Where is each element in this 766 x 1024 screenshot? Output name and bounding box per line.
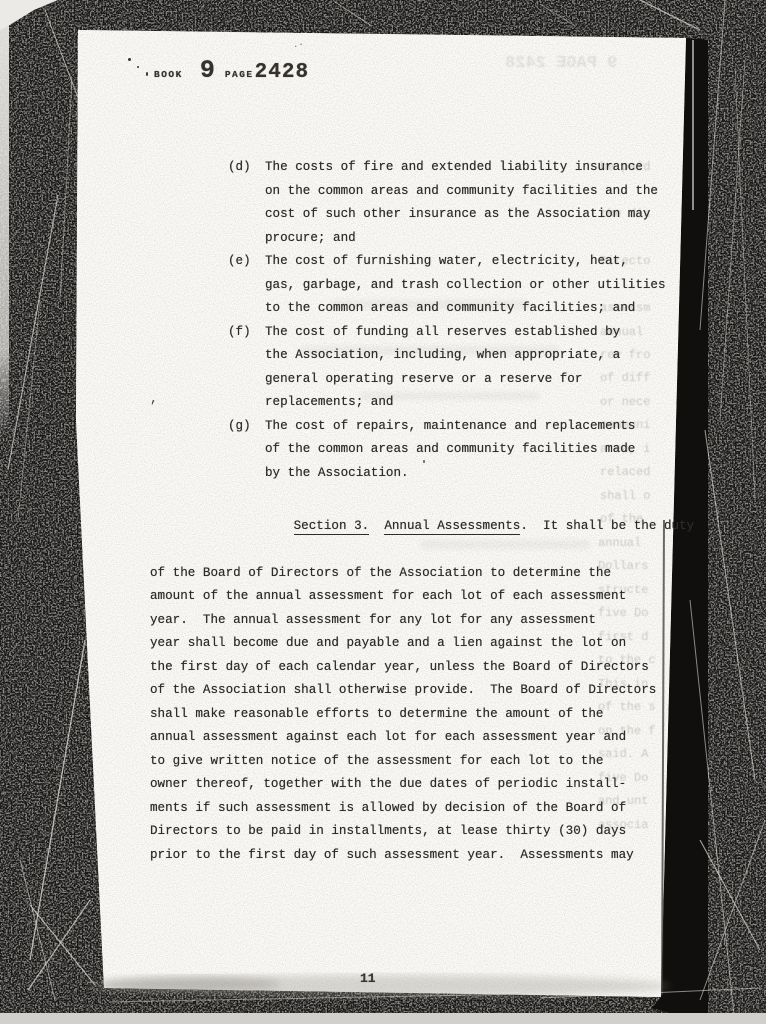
list-item-label: (d) [228,156,265,180]
list-line: the Association, including, when appropr… [150,344,670,368]
list-line-text: general operating reserve or a reserve f… [265,368,582,392]
list-item-label [228,368,265,392]
list-item-label [228,227,265,251]
page-label: PAGE [225,69,254,80]
list-line-text: The costs of fire and extended liability… [265,156,643,180]
list-line: cost of such other insurance as the Asso… [150,203,670,227]
list-item-label [228,344,265,368]
page-stamp-number: 2428 [255,61,309,84]
list-line-text: The cost of furnishing water, electricit… [265,250,628,274]
list-line: general operating reserve or a reserve f… [150,368,670,392]
list-line: procure; and [150,227,670,251]
section-heading-title: Annual Assessments [384,519,520,535]
paragraph-line: prior to the first day of such assessmen… [150,844,670,868]
list-line: to the common areas and community facili… [150,297,670,321]
list-line: gas, garbage, and trash collection or ot… [150,274,670,298]
list-line-text: by the Association. [265,462,409,486]
list-line-text: on the common areas and community facili… [265,180,658,204]
list-line-text: gas, garbage, and trash collection or ot… [265,274,666,298]
paragraph-lines: of the Board of Directors of the Associa… [150,562,670,868]
list-line-text: The cost of repairs, maintenance and rep… [265,415,635,439]
scanned-page: BOOK 9 PAGE 2428 9 PAGE 2428 .· , be pai… [0,0,766,1024]
list-line-text: procure; and [265,227,356,251]
book-label: BOOK [154,69,183,80]
section-heading: Section 3. [294,519,370,535]
stamp-bleed-ghost: 9 PAGE 2428 [505,54,617,73]
heading-gap [369,519,384,533]
list-item-label [228,203,265,227]
list-item-label: (g) [228,415,265,439]
list-item-label [228,462,265,486]
toner-speck [137,66,139,68]
list-line: (g) The cost of repairs, maintenance and… [150,415,670,439]
page-number: 11 [360,971,376,986]
paragraph-line: ments if such assessment is allowed by d… [150,797,670,821]
list-line: (d) The costs of fire and extended liabi… [150,156,670,180]
list-line: by the Association. [150,462,670,486]
stray-mark: .· [293,40,304,50]
paragraph-line: amount of the annual assessment for each… [150,585,670,609]
list-line-text: the Association, including, when appropr… [265,344,620,368]
paragraph-line: of the Association shall otherwise provi… [150,679,670,703]
paragraph-line: of the Board of Directors of the Associa… [150,562,670,586]
list-line: on the common areas and community facili… [150,180,670,204]
list-item-label [228,391,265,415]
list-line: of the common areas and community facili… [150,438,670,462]
paragraph-line: annual assessment against each lot for e… [150,726,670,750]
paragraph-line: year shall become due and payable and a … [150,632,670,656]
paragraph-line: Directors to be paid in installments, at… [150,820,670,844]
toner-speck [146,72,148,76]
list-line-text: of the common areas and community facili… [265,438,635,462]
paragraph-line: year. The annual assessment for any lot … [150,609,670,633]
paragraph-indent [226,519,294,533]
list-item-label [228,297,265,321]
list-line: (e) The cost of furnishing water, electr… [150,250,670,274]
book-number: 9 [200,56,215,85]
list-line-text: to the common areas and community facili… [265,297,635,321]
expense-list: (d) The costs of fire and extended liabi… [150,156,670,485]
list-line: (f) The cost of funding all reserves est… [150,321,670,345]
paragraph-line: owner thereof, together with the due dat… [150,773,670,797]
list-item-label: (f) [228,321,265,345]
toner-speck [128,58,131,61]
paragraph-line: to give written notice of the assessment… [150,750,670,774]
paragraph-line: shall make reasonable efforts to determi… [150,703,670,727]
section-3-paragraph: Section 3. Annual Assessments. It shall … [150,491,670,867]
list-line-text: cost of such other insurance as the Asso… [265,203,650,227]
body-text: (d) The costs of fire and extended liabi… [150,156,670,867]
book-page-stamp: BOOK 9 PAGE 2428 [154,56,309,85]
list-item-label [228,274,265,298]
paragraph-line: the first day of each calendar year, unl… [150,656,670,680]
heading-rest: . It shall be the duty [520,519,694,533]
list-line: replacements; and [150,391,670,415]
list-line-text: The cost of funding all reserves establi… [265,321,620,345]
section-heading-line: Section 3. Annual Assessments. It shall … [150,491,670,562]
page-content: BOOK 9 PAGE 2428 9 PAGE 2428 .· , be pai… [0,0,766,1024]
list-item-label [228,180,265,204]
list-line-text: replacements; and [265,391,393,415]
list-item-label: (e) [228,250,265,274]
list-item-label [228,438,265,462]
